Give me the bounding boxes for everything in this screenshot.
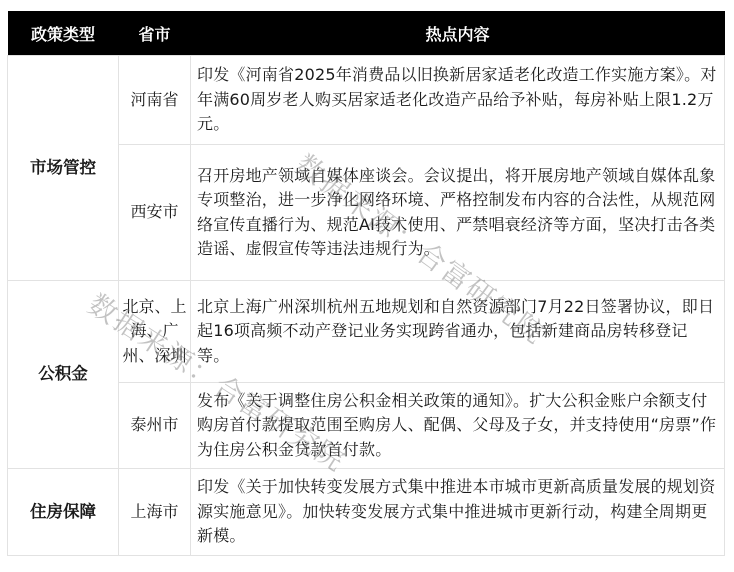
table-row: 公积金 北京、上海、广州、深圳 北京上海广州深圳杭州五地规划和自然资源部门7月2…	[8, 281, 725, 383]
policy-type-cell: 市场管控	[8, 56, 119, 281]
header-content: 热点内容	[191, 11, 725, 56]
policy-type-cell: 住房保障	[8, 469, 119, 556]
city-cell: 泰州市	[119, 383, 191, 469]
header-city: 省市	[119, 11, 191, 56]
content-cell: 北京上海广州深圳杭州五地规划和自然资源部门7月22日签署协议，即日起16项高频不…	[191, 281, 725, 383]
city-cell: 上海市	[119, 469, 191, 556]
table-row: 住房保障 上海市 印发《关于加快转变发展方式集中推进本市城市更新高质量发展的规划…	[8, 469, 725, 556]
content-cell: 印发《关于加快转变发展方式集中推进本市城市更新高质量发展的规划资源实施意见》。加…	[191, 469, 725, 556]
city-cell: 北京、上海、广州、深圳	[119, 281, 191, 383]
table-row: 市场管控 河南省 印发《河南省2025年消费品以旧换新居家适老化改造工作实施方案…	[8, 56, 725, 145]
content-cell: 印发《河南省2025年消费品以旧换新居家适老化改造工作实施方案》。对年满60周岁…	[191, 56, 725, 145]
city-cell: 西安市	[119, 145, 191, 281]
content-cell: 召开房地产领域自媒体座谈会。会议提出，将开展房地产领域自媒体乱象专项整治，进一步…	[191, 145, 725, 281]
policy-type-cell: 公积金	[8, 281, 119, 469]
city-cell: 河南省	[119, 56, 191, 145]
table-header-row: 政策类型 省市 热点内容	[8, 11, 725, 56]
content-cell: 发布《关于调整住房公积金相关政策的通知》。扩大公积金账户余额支付购房首付款提取范…	[191, 383, 725, 469]
header-policy-type: 政策类型	[8, 11, 119, 56]
policy-table: 政策类型 省市 热点内容 市场管控 河南省 印发《河南省2025年消费品以旧换新…	[7, 11, 725, 556]
